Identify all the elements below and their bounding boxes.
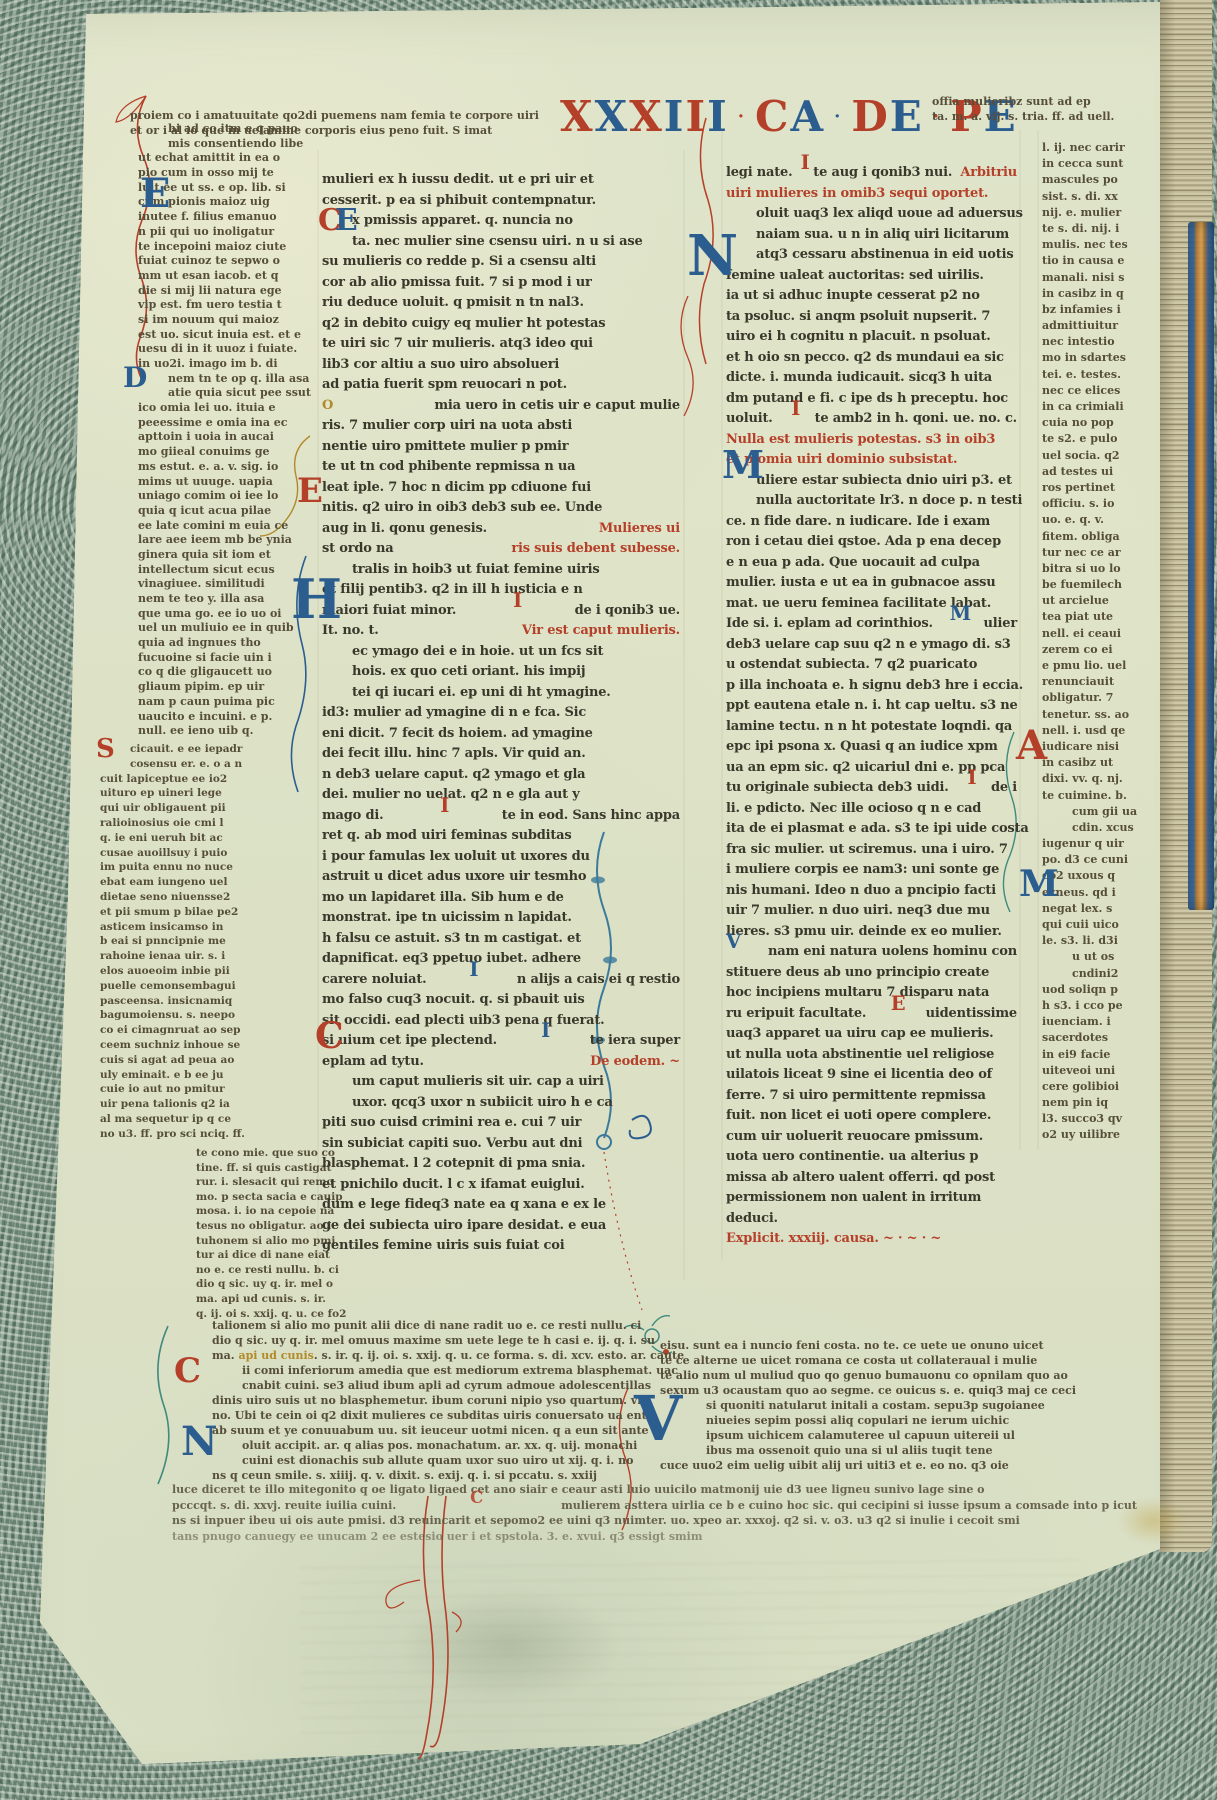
text-line: h falsu ce astuit. s3 tn m castigat. et [322, 929, 680, 950]
text-line: renunciauit [1042, 674, 1162, 690]
text-line: lieres. s3 pmu uir. deinde ex eo mulier. [726, 922, 1017, 943]
text-line: die si mij lii natura ege [138, 284, 312, 299]
text-line: mascules po [1042, 172, 1162, 188]
text-line: permissionem non ualent in irritum [726, 1188, 1017, 1209]
text-line: ico omia lei uo. ituia e [138, 401, 312, 416]
text-line: mulieri ex h iussu dedit. ut e pri uir e… [322, 170, 680, 191]
text-line: te s2. e pulo [1042, 431, 1162, 447]
bottom-gloss-initial-c: C [174, 1354, 201, 1388]
text-line: nis humani. Ideo n duo a pncipio facti [726, 881, 1017, 902]
text-line: offia mulieribz sunt ad ep [932, 94, 1162, 109]
text-line: mm ut esan iacob. et q [138, 269, 312, 284]
text-line: Explicit. xxxiij. causa. ~ · ~ · ~ [726, 1229, 1017, 1250]
text-line: sit occidi. ead plecti uib3 pena q fuera… [322, 1011, 680, 1032]
text-line: uiteveoi uni [1042, 1063, 1162, 1079]
left-gloss-lower: cicauit. e ee iepadrcosensu er. e. o a n… [100, 742, 232, 1142]
text-line: eisu. sunt ea i nuncio feni costa. no te… [660, 1338, 1044, 1353]
text-line: It. no. t. Vir est caput mulieris. [322, 621, 680, 642]
text-line: nell. ei ceaui [1042, 626, 1162, 642]
header-letter: I [664, 96, 686, 138]
text-line: si im nouum qui maioz [138, 313, 312, 328]
text-line: qui cuii uico [1042, 917, 1162, 933]
text-line: ee late comini m euia ce [138, 519, 312, 534]
text-line: te cono mie. que suo co [196, 1146, 336, 1161]
text-line: oluit uaq3 lex aliqd uoue ad aduersus [726, 204, 1017, 225]
text-line: po. d3 ce cuni [1042, 852, 1162, 868]
text-line: obligatur. 7 [1042, 690, 1162, 706]
text-line: uxor. qcq3 uxor n subiicit uiro h e ca [322, 1093, 680, 1114]
left-gloss-bottom: te cono mie. que suo cotine. ff. si quis… [196, 1146, 336, 1321]
text-line: ut arcielue [1042, 593, 1162, 609]
text-line: uel socia. q2 [1042, 448, 1162, 464]
text-line: rur. i. slesacit qui remo [196, 1175, 336, 1190]
text-line: tur nec ce ar [1042, 545, 1162, 561]
text-line: iuenciam. i [1042, 1014, 1162, 1030]
text-line: elos auoeoim inbie pii [100, 964, 232, 979]
text-line: ipsum uichicem calamuteree ul capuun uit… [660, 1428, 1044, 1443]
text-line: iudicare nisi [1042, 739, 1162, 755]
text-line: dietae seno niuensse2 [100, 890, 232, 905]
text-line: ginera quia sit iom et [138, 548, 312, 563]
text-line: et h oio sn pecco. q2 ds mundaui ea sic [726, 348, 1017, 369]
text-line: i pour famulas lex uoluit ut uxores du [322, 847, 680, 868]
text-line: uniago comim oi iee lo [138, 489, 312, 504]
text-line: ris. 7 mulier corp uiri na uota absti [322, 416, 680, 437]
text-line: sexum u3 ocaustam quo ao segme. ce ouicu… [660, 1383, 1044, 1398]
header-letter: · [825, 108, 851, 126]
text-line: proiem co i amatuuitate qo2di puemens na… [130, 108, 482, 123]
text-line: te ce alterne ue uicet romana ce costa u… [660, 1353, 1044, 1368]
text-line: hi ad co itm e q pauo [138, 122, 312, 137]
header-letter: D [851, 96, 889, 138]
text-line: ns si inpuer ibeu ui ois aute pmisi. d3 … [172, 1513, 1137, 1529]
text-line: fra sic mulier. ut sciremus. una i uiro.… [726, 840, 1017, 861]
text-line: nell. i. usd qe [1042, 723, 1162, 739]
text-line: o2 uy uilibre [1042, 1127, 1162, 1143]
text-line: asticem insicamso in [100, 920, 232, 935]
bottom-gloss-right: eisu. sunt ea i nuncio feni costa. no te… [660, 1338, 1044, 1473]
text-line: dum e lege fideq3 nate ea q xana e ex le [322, 1195, 680, 1216]
bottom-gloss-initial-n: N [181, 1422, 218, 1462]
text-line: ms estut. e. a. v. sig. io [138, 460, 312, 475]
text-line: nam p caun puima pic [138, 695, 312, 710]
text-line: ret q. ab mod uiri feminas subditas [322, 826, 680, 847]
text-line: gentiles femine uiris suis fuiat coi [322, 1236, 680, 1257]
text-line: qui uir obligauent pii [100, 801, 232, 816]
text-line: uel un muliuio ee in quib [138, 621, 312, 636]
text-line: ec ymago dei e in hoie. ut un fcs sit [322, 642, 680, 663]
text-line: mosa. i. io na cepoie na [196, 1204, 336, 1219]
text-line: et p omia uiri dominio subsistat. [726, 450, 1017, 471]
text-line: fuiat cuinoz te sepwo o [138, 254, 312, 269]
text-line: bagumoiensu. s. neepo [100, 1008, 232, 1023]
text-line: tu originale subiecta deb3 uidi. Ide i [726, 778, 1017, 799]
text-line: blasphemat. l 2 cotepnit di pma snia. [322, 1154, 680, 1175]
text-line: atq3 cessaru abstinenua in eid uotis [726, 245, 1017, 266]
text-line: in casibz in q [1042, 286, 1162, 302]
text-line: pasceensa. insicnamiq [100, 994, 232, 1009]
text-line: be fuemilech [1042, 577, 1162, 593]
text-line: al ma sequetur ip q ce [100, 1112, 232, 1127]
text-line: id3: mulier ad ymagine di n e fca. Sic [322, 703, 680, 724]
text-line: ta psoluc. si anqm psoluit nupserit. 7 [726, 307, 1017, 328]
text-line: mis consentiendo libe [138, 137, 312, 152]
text-line: oluit accipit. ar. q alias pos. monachat… [212, 1438, 658, 1453]
text-line: tans pnugo canuegy ee unucam 2 ee estesi… [172, 1529, 1137, 1545]
text-line: ceem suchniz inhoue se [100, 1038, 232, 1053]
text-line: talionem si alio mo punit alii dice di n… [212, 1318, 658, 1333]
illuminated-initial-n: N [687, 228, 738, 284]
text-line: uota uero continentie. ua alterius p [726, 1147, 1017, 1168]
text-line: Omia uero in cetis uir e caput mulie [322, 396, 680, 417]
text-line: cuce uuo2 eim uelig uibit alij uri uiti3… [660, 1458, 1044, 1473]
text-line: dio q sic. uy q. ir. mel omuus maxime sm… [212, 1333, 658, 1348]
text-line: no e. ce resti nullu. b. ci [196, 1263, 336, 1278]
gloss-initial-a: A [1016, 726, 1047, 766]
text-line: ron i cetau diei qstoe. Ada p ena decep [726, 532, 1017, 553]
text-line: co2 uxous q [1042, 868, 1162, 884]
text-line: fucuoine si facie uin i [138, 651, 312, 666]
text-line: uaucito e incuini. e p. [138, 710, 312, 725]
text-line: cdin. xcus [1042, 820, 1162, 836]
text-line: mo in sdartes [1042, 350, 1162, 366]
header-letter: X [595, 96, 630, 138]
text-line: tea piat ute [1042, 609, 1162, 625]
text-line: cuie io aut no pmitur [100, 1082, 232, 1097]
text-line: mo. p secta sacia e cauip [196, 1190, 336, 1205]
text-line: te incepoini maioz ciute [138, 240, 312, 255]
text-line: te s. di. nij. i [1042, 221, 1162, 237]
text-line: sin subiciat capiti suo. Verbu aut dni [322, 1134, 680, 1155]
text-line: ge dei subiecta uiro ipare desidat. e eu… [322, 1216, 680, 1237]
text-line: uesu di in it uuoz i fuiate. [138, 342, 312, 357]
text-line: riu deduce uoluit. q pmisit n tn nal3. [322, 293, 680, 314]
text-line: dixi. vv. q. nj. [1042, 771, 1162, 787]
text-line: exneus. qd i [1042, 885, 1162, 901]
illuminated-initial-m: M [722, 446, 764, 484]
text-line: Ide si. i. eplam ad corinthios. Mulier [726, 614, 1017, 635]
text-line: ros pertinet [1042, 480, 1162, 496]
text-line: tenetur. ss. ao [1042, 707, 1162, 723]
text-line: lare aee ieem mb be ynia [138, 533, 312, 548]
text-line: nem pin iq [1042, 1095, 1162, 1111]
text-line: ut nulla uota abstinentie uel religiose [726, 1045, 1017, 1066]
text-line: cosensu er. e. o a n [100, 757, 232, 772]
text-line: cicauit. e ee iepadr [100, 742, 232, 757]
text-line: mo giieal conuims ge [138, 445, 312, 460]
text-line: nitis. q2 uiro in oib3 deb3 sub ee. Unde [322, 498, 680, 519]
text-line: legi nate. Ite aug i qonib3 nui. Arbitri… [726, 163, 1017, 184]
text-line: mo falso cuq3 nocuit. q. si pbauit uis [322, 990, 680, 1011]
text-line: deb3 uelare cap suu q2 n e ymago di. s3 [726, 635, 1017, 656]
text-line: uoluit. Ite amb2 in h. qoni. ue. no. c. [726, 409, 1017, 430]
main-text-column-1: mulieri ex h iussu dedit. ut e pri uir e… [322, 170, 680, 1257]
text-line: uiri mulieres in omib3 sequi oportet. [726, 184, 1017, 205]
text-line: um caput mulieris sit uir. cap a uiri [322, 1072, 680, 1093]
bottom-gloss-left: talionem si alio mo punit alii dice di n… [212, 1318, 658, 1483]
text-line: le. s3. li. d3i [1042, 933, 1162, 949]
text-line: gliaum pipim. ep uir [138, 680, 312, 695]
text-line: et pii smum p bilae pe2 [100, 905, 232, 920]
text-line: no. Ubi te cein oi q2 dixit mulieres ce … [212, 1408, 658, 1423]
text-line: tine. ff. si quis castigat [196, 1161, 336, 1176]
manuscript-photo: { "manuscript": { "description": "Mediev… [0, 0, 1217, 1800]
text-line: et pnichilo ducit. l c x ifamat euiglui. [322, 1175, 680, 1196]
text-line: e n eua p ada. Que uocauit ad culpa [726, 553, 1017, 574]
text-line: i muliere corpis ee nam3: uni sonte ge [726, 860, 1017, 881]
text-line: uir 7 mulier. n duo uiri. neq3 due mu [726, 901, 1017, 922]
text-line: Nulla est mulieris potestas. s3 in oib3 [726, 430, 1017, 451]
text-line: x pmissis apparet. q. nuncia no [322, 211, 680, 232]
text-line: ralioinosius oie cmi l [100, 816, 232, 831]
text-line: eplam ad tytu. De eodem. ~ [322, 1052, 680, 1073]
text-line: apttoin i uoia in aucai [138, 430, 312, 445]
text-line: zerem co ei [1042, 642, 1162, 658]
text-line: su mulieris co redde p. Si a csensu alti [322, 252, 680, 273]
text-line: l3. succo3 qv [1042, 1111, 1162, 1127]
text-line: mims ut uuuge. uapia [138, 475, 312, 490]
text-line: est uo. sicut inuia est. et e [138, 328, 312, 343]
text-line: fitem. obliga [1042, 529, 1162, 545]
text-line: puelle cemonsembagui [100, 979, 232, 994]
text-line: que uma go. ee io uo oi [138, 607, 312, 622]
text-line: dinis uiro suis ut no blasphemetur. ibum… [212, 1393, 658, 1408]
illuminated-initial-c: C [315, 1018, 344, 1054]
header-letter: A [790, 96, 825, 138]
text-line: ppt eautena etale n. i. ht cap ueltu. s3… [726, 696, 1017, 717]
text-line: pcccqt. s. di. xxvj. reuite iuilia cuini… [172, 1498, 1137, 1514]
text-line: sacerdotes [1042, 1030, 1162, 1046]
text-line: nulla auctoritate lr3. n doce p. n testi [726, 491, 1017, 512]
text-line: cuit lapiceptue ee io2 [100, 772, 232, 787]
text-line: cere golibioi [1042, 1079, 1162, 1095]
text-line: null. ee ieno uib q. [138, 724, 312, 739]
text-line: uo. e. q. v. [1042, 512, 1162, 528]
header-letter: I [707, 96, 729, 138]
text-line: ta. m. a. vij. s. tria. ff. ad uell. [932, 109, 1162, 124]
text-line: cuis si agat ad peua ao [100, 1053, 232, 1068]
header-letter: C [755, 96, 790, 138]
text-line: cum uir uoluerit reuocare pmissum. [726, 1127, 1017, 1148]
text-line: dicte. i. munda iudicauit. sicq3 h uita [726, 368, 1017, 389]
gloss-initial-s: S [96, 736, 115, 762]
illuminated-initial-h: H [291, 572, 342, 626]
text-line: mago di. Ite in eod. Sans hinc appa [322, 806, 680, 827]
text-line: cuini est dionachis sub allute quam uxor… [212, 1453, 658, 1468]
text-line: ebat eam iungeno uel [100, 875, 232, 890]
text-line: maiori fuiat minor. Ide i qonib3 ue. [322, 601, 680, 622]
text-line: ad testes ui [1042, 464, 1162, 480]
text-line: ia ut si adhuc inupte cesserat p2 no [726, 286, 1017, 307]
text-line: mulis. nec tes [1042, 237, 1162, 253]
text-line: tio in causa e [1042, 253, 1162, 269]
header-letter: · [729, 108, 755, 126]
text-line: ru eripuit facultate. Euidentissime [726, 1004, 1017, 1025]
text-line: dei. mulier no uelat. q2 n e gla aut y [322, 785, 680, 806]
text-line: leat iple. 7 hoc n dicim pp cdiuone fui [322, 478, 680, 499]
text-line: ma. api ud cunis. s. ir. q. ij. oi. s. x… [212, 1348, 658, 1363]
text-line: cesserit. p ea si phibuit contempnatur. [322, 191, 680, 212]
text-line: cum gii ua [1042, 804, 1162, 820]
text-line: officiu. s. io [1042, 496, 1162, 512]
text-line: naiam sua. u n in aliq uiri licitarum [726, 225, 1017, 246]
text-line: fuit. non licet ei uoti opere complere. [726, 1106, 1017, 1127]
text-line: co ei cimagnruat ao sep [100, 1023, 232, 1038]
text-line: lib3 cor altiu a suo uiro absolueri [322, 355, 680, 376]
text-line: in ca crimiali [1042, 399, 1162, 415]
bottom-gloss-tail: luce diceret te illo mitegonito q oe lig… [172, 1482, 1137, 1544]
text-line: in uo2i. imago im b. di [138, 357, 312, 372]
text-line: uir pena talionis q2 ia [100, 1097, 232, 1112]
text-line: in casibz ut [1042, 755, 1162, 771]
gloss-initial-m: M [1019, 866, 1059, 902]
text-line: ab suum et ye conuuabum uu. sit ieuceur … [212, 1423, 658, 1438]
text-line: tei. e. testes. [1042, 367, 1162, 383]
text-line: lamine tectu. n n ht potestate loqndi. q… [726, 717, 1017, 738]
text-line: manali. nisi s [1042, 270, 1162, 286]
text-line: admittiuitur [1042, 318, 1162, 334]
bottom-gloss-initial-v: V [634, 1388, 682, 1450]
illuminated-page-edge [1188, 222, 1214, 910]
text-line: uliere estar subiecta dnio uiri p3. et [726, 471, 1017, 492]
text-line: ibus ma ossenoit quio una si ul aliis tu… [660, 1443, 1044, 1458]
text-line: in ei9 facie [1042, 1047, 1162, 1063]
text-line: nec intestio [1042, 334, 1162, 350]
text-line: iugenur q uir [1042, 836, 1162, 852]
text-line: u ut os [1042, 949, 1162, 965]
text-line: vip est. fm uero testia t [138, 298, 312, 313]
text-line: n deb3 uelare caput. q2 ymago et gla [322, 765, 680, 786]
right-gloss: l. ij. nec caririn cecca suntmascules po… [1042, 140, 1162, 1144]
main-text-column-2: legi nate. Ite aug i qonib3 nui. Arbitri… [726, 163, 1017, 1250]
text-line: niueies sepim possi aliq copulari ne ier… [660, 1413, 1044, 1428]
text-line: in cecca sunt [1042, 156, 1162, 172]
text-line: mulier. iusta e ut ea in gubnacoe assu [726, 573, 1017, 594]
text-line: te alio num ul muliud quo qo genuo bumau… [660, 1368, 1044, 1383]
text-line: b eai si pnncipnie me [100, 934, 232, 949]
text-line: dapnificat. eq3 ppetuo iubet. adhere [322, 949, 680, 970]
text-line: dm putand e fi. c ipe ds h preceptu. hoc [726, 389, 1017, 410]
top-gloss-right: offia mulieribz sunt ad epta. m. a. vij.… [932, 94, 1162, 124]
text-line: tesus no obligatur. ao i [196, 1219, 336, 1234]
illuminated-initial-ce: CE [318, 206, 358, 236]
text-line: ferre. 7 si uiro permittente repmissa [726, 1086, 1017, 1107]
text-line: tur ai dice di nane eiat [196, 1248, 336, 1263]
text-line: hoc incipiens multaru 7 disparu nata [726, 983, 1017, 1004]
text-line: missa ab altero ualent offerri. qd post [726, 1168, 1017, 1189]
text-line: n pii qui uo inoligatur [138, 225, 312, 240]
text-line: h s3. i cco pe [1042, 998, 1162, 1014]
text-line: cor ab alio pmissa fuit. 7 si p mod i ur [322, 273, 680, 294]
text-line: uly eminait. e b ee ju [100, 1068, 232, 1083]
text-line: e pmu lio. uel [1042, 658, 1162, 674]
text-line: Vnam eni natura uolens hominu con [726, 942, 1017, 963]
text-line: aug in li. qonu genesis. Mulieres ui [322, 519, 680, 540]
text-line: bz infamies i [1042, 302, 1162, 318]
text-line: ita de ei plasmat e ada. s3 te ipi uide … [726, 819, 1017, 840]
text-line: ma. api ud cunis. s. ir. [196, 1292, 336, 1307]
text-line: tralis in hoib3 ut fuiat femine uiris [322, 560, 680, 581]
text-line: intellectum sicut ecus [138, 563, 312, 578]
text-line: uilatois liceat 9 sine ei licentia deo o… [726, 1065, 1017, 1086]
text-line: luce diceret te illo mitegonito q oe lig… [172, 1482, 1137, 1498]
text-line: q. ie eni ueruh bit ac [100, 831, 232, 846]
text-line: uiro ei h cognitu n placuit. n psoluat. [726, 327, 1017, 348]
text-line: uituro ep uineri lege [100, 786, 232, 801]
text-line: te ut tn cod phibente repmissa n ua [322, 457, 680, 478]
text-line: im puita ennu no nuce [100, 860, 232, 875]
text-line: si quoniti natularut initali a costam. s… [660, 1398, 1044, 1413]
text-line: femine ualeat auctoritas: sed uirilis. [726, 266, 1017, 287]
text-line: astruit u dicet adus uxore uir tesmho [322, 867, 680, 888]
text-line: ns q ceun smile. s. xiiij. q. v. dixit. … [212, 1468, 658, 1483]
text-line: stituere deus ab uno principio create [726, 963, 1017, 984]
text-line: mo un lapidaret illa. Sib hum e de [322, 888, 680, 909]
text-line: cnabit cuini. se3 aliud ibum apli ad cyr… [212, 1378, 658, 1393]
text-line: deduci. [726, 1209, 1017, 1230]
parchment-stain [400, 1590, 620, 1700]
illuminated-initial-e: E [297, 474, 323, 508]
gloss-initial-d: D [123, 364, 147, 392]
text-line: tei qi iucari ei. ep uni di ht ymagine. [322, 683, 680, 704]
text-line: eni dicit. 7 fecit ds hoiem. ad ymagine [322, 724, 680, 745]
text-line: peeessime e omia ina ec [138, 416, 312, 431]
text-line: quia q icut acua pilae [138, 504, 312, 519]
text-line: nem te teo y. illa asa [138, 592, 312, 607]
text-line: no u3. ff. pro sci nciq. ff. [100, 1127, 232, 1142]
text-line: et filij pentib3. q2 in ill h iusticia e… [322, 580, 680, 601]
text-line: nentie uiro pmittete mulier p pmir [322, 437, 680, 458]
text-line: uod soliqn p [1042, 982, 1162, 998]
gloss-initial-e: E [140, 174, 171, 214]
text-line: cusae auoillsuy i puio [100, 846, 232, 861]
text-line: hois. ex quo ceti oriant. his impij [322, 662, 680, 683]
text-line: nij. e. mulier [1042, 205, 1162, 221]
text-line: ta. nec mulier sine csensu uiri. n u si … [322, 232, 680, 253]
text-line: rahoine ienaa uir. s. i [100, 949, 232, 964]
header-letter: I [685, 96, 707, 138]
text-line: piti suo cuisd crimini rea e. cui 7 uir [322, 1113, 680, 1134]
text-line: ad patia fuerit spm reuocari n pot. [322, 375, 680, 396]
text-line: nec ce elices [1042, 383, 1162, 399]
text-line: nem tn te op q. illa asa [138, 372, 312, 387]
text-line: vinagiuee. similitudi [138, 577, 312, 592]
text-line: p illa inchoata e. h signu deb3 hre i ec… [726, 676, 1017, 697]
text-line: te uiri sic 7 uir mulieris. atq3 ideo qu… [322, 334, 680, 355]
text-line: atie quia sicut pee ssut [138, 386, 312, 401]
text-line: ce. n fide dare. n iudicare. Ide i exam [726, 512, 1017, 533]
text-line: u ostendat subiecta. 7 q2 puaricato [726, 655, 1017, 676]
text-line: quia ad ingnues tho [138, 636, 312, 651]
text-line: negat lex. s [1042, 901, 1162, 917]
text-line: tuhonem si alio mo pmi [196, 1234, 336, 1249]
text-line: uaq3 apparet ua uiru cap ee mulieris. [726, 1024, 1017, 1045]
header-letter: E [890, 96, 924, 138]
text-line: si uium cet ipe plectend. Ite iera super [322, 1031, 680, 1052]
text-line: mat. ue ueru feminea facilitate labat. [726, 594, 1017, 615]
text-line: carere noluiat. In alijs a cais ei q res… [322, 970, 680, 991]
text-line: ii comi inferiorum amedia que est medior… [212, 1363, 658, 1378]
text-line: monstrat. ipe tn uicissim n lapidat. [322, 908, 680, 929]
text-line: cndini2 [1042, 966, 1162, 982]
text-line: cuia no pop [1042, 415, 1162, 431]
text-line: dei fecit illu. hinc 7 apls. Vir quid an… [322, 744, 680, 765]
header-letter: X [560, 96, 595, 138]
header-letter: X [629, 96, 664, 138]
text-line: bitra si uo lo [1042, 561, 1162, 577]
text-line: ut echat amittit in ea o [138, 151, 312, 166]
text-line: te cuimine. b. [1042, 788, 1162, 804]
